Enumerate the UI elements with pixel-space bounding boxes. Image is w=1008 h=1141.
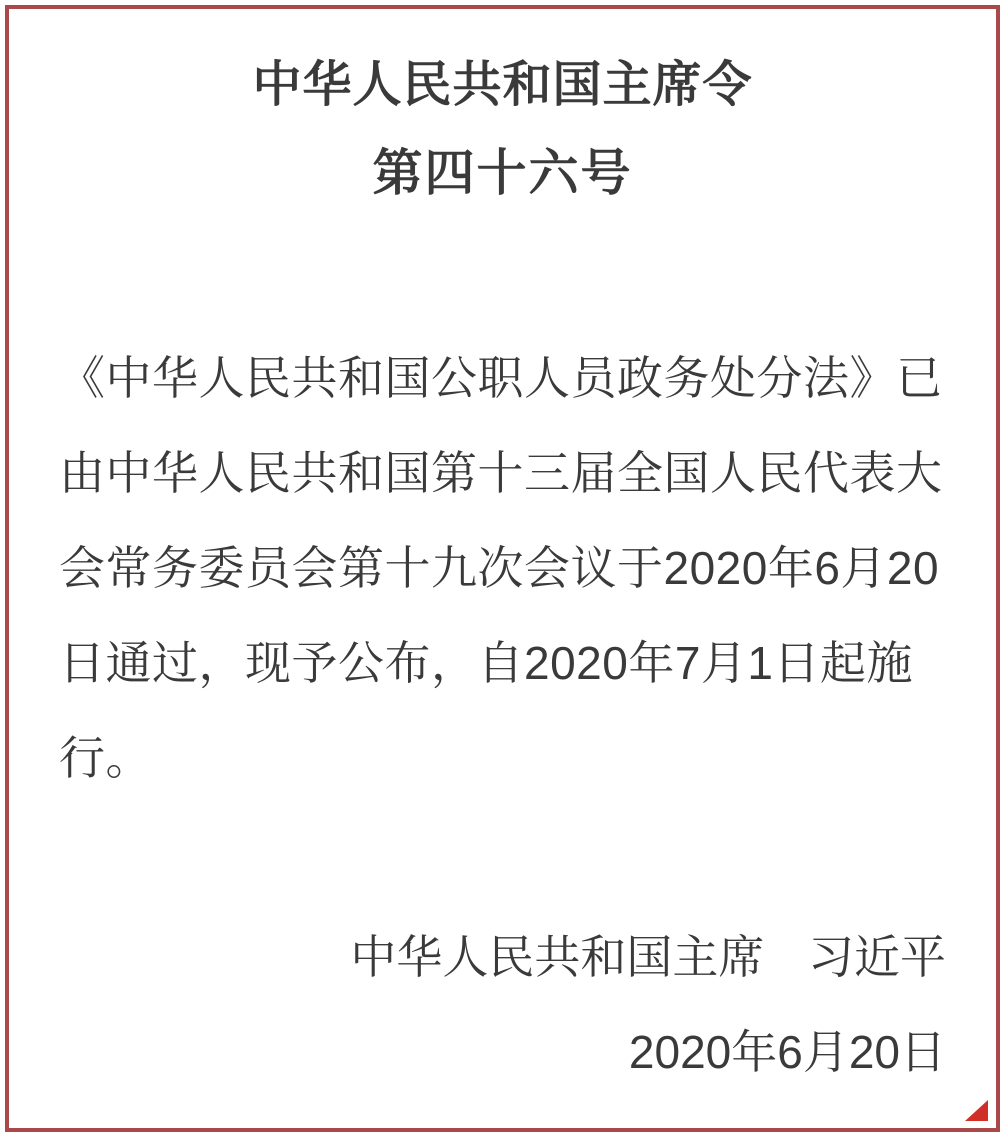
body-line: 由中华人民共和国第十三届全国人民代表大 [59, 426, 946, 521]
body-line: 行。 [59, 711, 946, 806]
signature-line: 中华人民共和国主席习近平 [59, 910, 946, 1005]
document-order-number: 第四十六号 [59, 143, 946, 203]
signature-name: 习近平 [808, 931, 946, 983]
body-line: 会常务委员会第十九次会议于2020年6月20 [59, 521, 946, 616]
document-title: 中华人民共和国主席令 [59, 55, 946, 115]
decree-document-page: 中华人民共和国主席令 第四十六号 《中华人民共和国公职人员政务处分法》已 由中华… [5, 5, 1000, 1132]
body-line: 日通过，现予公布，自2020年7月1日起施 [59, 616, 946, 711]
document-body: 《中华人民共和国公职人员政务处分法》已 由中华人民共和国第十三届全国人民代表大 … [59, 331, 946, 806]
body-line: 《中华人民共和国公职人员政务处分法》已 [59, 331, 946, 426]
signature-role: 中华人民共和国主席 [350, 931, 764, 983]
corner-triangle-icon [965, 1100, 988, 1121]
document-date: 2020年6月20日 [59, 1005, 946, 1100]
